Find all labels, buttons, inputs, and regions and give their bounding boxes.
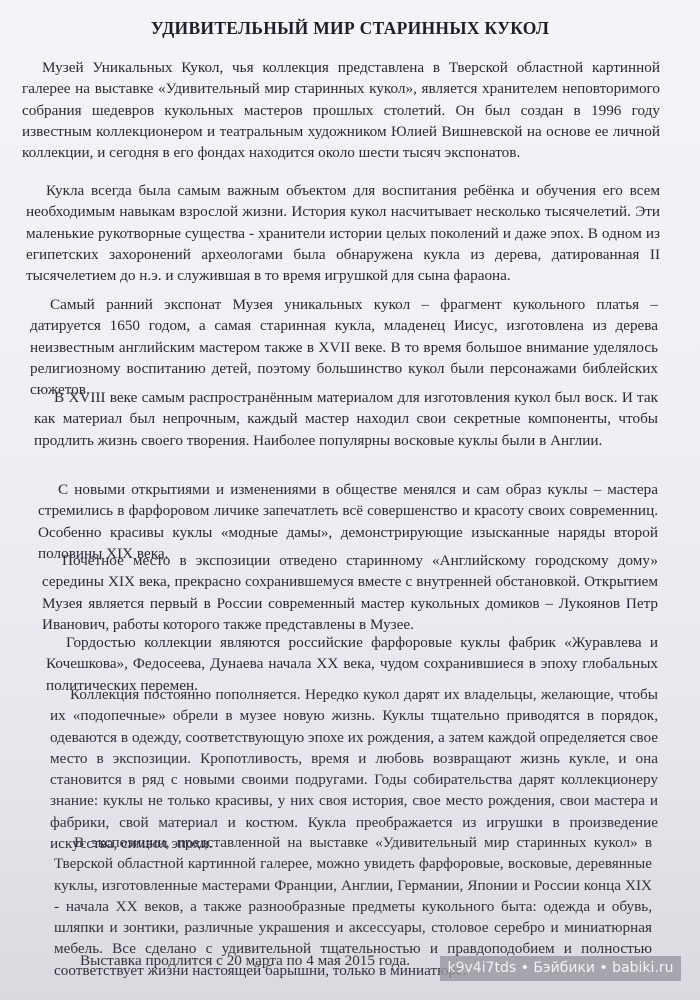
watermark-label: k9v4i7tds • Бэйбики • babiki.ru — [440, 956, 681, 981]
paragraph-wax-dolls: В XVIII веке самым распространённым мате… — [34, 387, 658, 451]
paragraph-english-house: Почётное место в экспозиции отведено ста… — [42, 550, 658, 635]
paragraph-doll-history: Кукла всегда была самым важным объектом … — [26, 180, 660, 286]
document-page: УДИВИТЕЛЬНЫЙ МИР СТАРИННЫХ КУКОЛ Музей У… — [0, 0, 700, 1000]
paragraph-exhibition-dates: Выставка продлится с 20 марта по 4 мая 2… — [80, 950, 410, 971]
paragraph-collection-growth: Коллекция постоянно пополняется. Нередко… — [50, 684, 658, 854]
document-title: УДИВИТЕЛЬНЫЙ МИР СТАРИННЫХ КУКОЛ — [0, 18, 700, 39]
paragraph-earliest-exhibit: Самый ранний экспонат Музея уникальных к… — [30, 294, 658, 400]
paragraph-museum-intro: Музей Уникальных Кукол, чья коллекция пр… — [22, 57, 660, 163]
